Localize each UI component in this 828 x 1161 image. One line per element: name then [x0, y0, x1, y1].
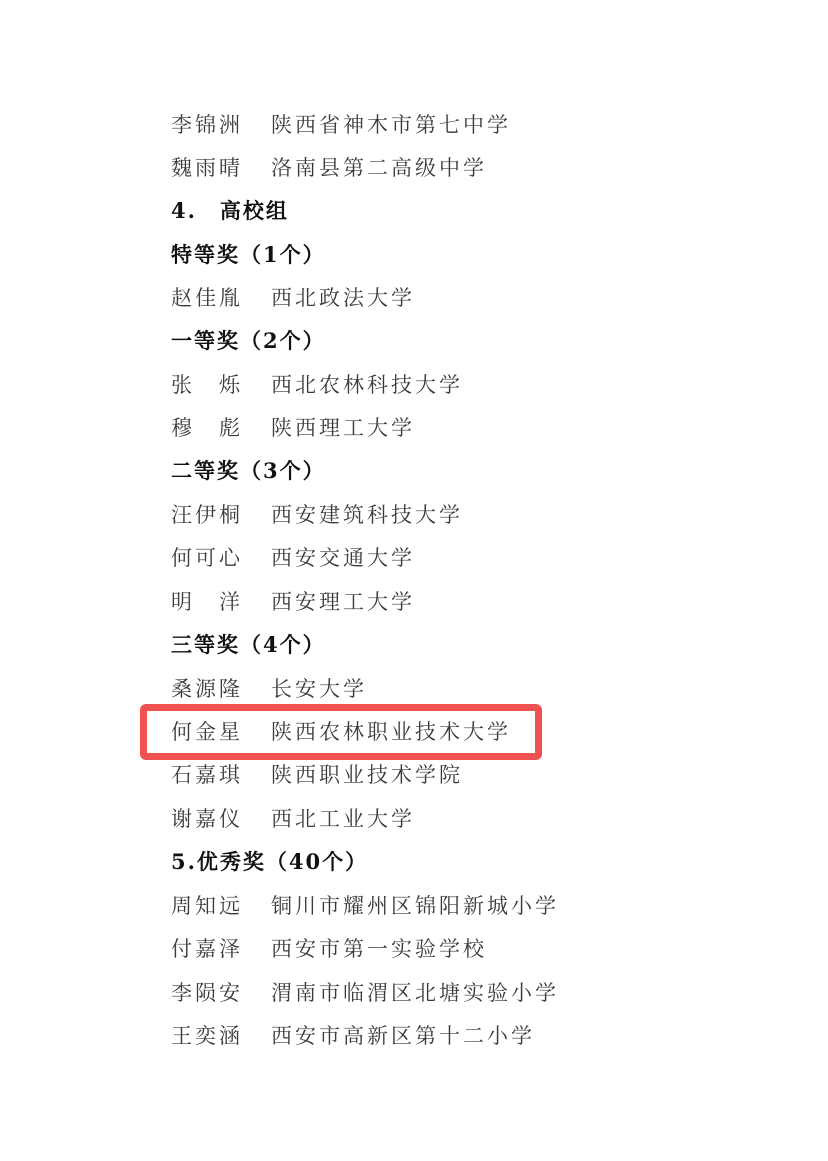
winner-name: 赵佳胤 [171, 283, 271, 313]
award-heading-special: 特等奖（1个） [171, 240, 326, 270]
list-item: 赵佳胤西北政法大学 [171, 283, 415, 313]
list-item: 周知远铜川市耀州区锦阳新城小学 [171, 891, 559, 921]
list-item: 王奕涵西安市高新区第十二小学 [171, 1021, 535, 1051]
school-name: 西北工业大学 [271, 807, 415, 831]
winner-name: 穆 彪 [171, 413, 271, 443]
school-name: 西安市第一实验学校 [271, 937, 487, 961]
list-item: 穆 彪陕西理工大学 [171, 413, 415, 443]
school-name: 渭南市临渭区北塘实验小学 [271, 981, 559, 1005]
school-name: 长安大学 [271, 677, 367, 701]
award-heading-excellence: 5.优秀奖（40个） [171, 847, 368, 877]
list-item: 石嘉琪陕西职业技术学院 [171, 760, 463, 790]
list-item: 魏雨晴洛南县第二高级中学 [171, 153, 487, 183]
school-name: 西北农林科技大学 [271, 373, 463, 397]
school-name: 西安交通大学 [271, 546, 415, 570]
school-name: 西安理工大学 [271, 590, 415, 614]
list-item: 明 洋西安理工大学 [171, 587, 415, 617]
list-item: 谢嘉仪西北工业大学 [171, 804, 415, 834]
school-name: 洛南县第二高级中学 [271, 156, 487, 180]
list-item: 李锦洲陕西省神木市第七中学 [171, 110, 511, 140]
list-item: 汪伊桐西安建筑科技大学 [171, 500, 463, 530]
school-name: 西安市高新区第十二小学 [271, 1024, 535, 1048]
winner-name: 汪伊桐 [171, 500, 271, 530]
winner-name: 石嘉琪 [171, 760, 271, 790]
school-name: 西北政法大学 [271, 286, 415, 310]
document-page: 李锦洲陕西省神木市第七中学 魏雨晴洛南县第二高级中学 4. 高校组 特等奖（1个… [0, 0, 828, 1161]
winner-name: 付嘉泽 [171, 934, 271, 964]
winner-name: 桑源隆 [171, 674, 271, 704]
list-item-highlighted: 何金星陕西农林职业技术大学 [171, 717, 511, 747]
award-heading-third: 三等奖（4个） [171, 630, 326, 660]
school-name: 陕西理工大学 [271, 416, 415, 440]
award-heading-second: 二等奖（3个） [171, 456, 326, 486]
list-item: 何可心西安交通大学 [171, 543, 415, 573]
winner-name: 明 洋 [171, 587, 271, 617]
winner-name: 何可心 [171, 543, 271, 573]
school-name: 西安建筑科技大学 [271, 503, 463, 527]
winner-name: 魏雨晴 [171, 153, 271, 183]
winner-name: 李陨安 [171, 978, 271, 1008]
section-heading-university-group: 4. 高校组 [171, 196, 289, 226]
list-item: 张 烁西北农林科技大学 [171, 370, 463, 400]
school-name: 陕西农林职业技术大学 [271, 720, 511, 744]
list-item: 李陨安渭南市临渭区北塘实验小学 [171, 978, 559, 1008]
list-item: 付嘉泽西安市第一实验学校 [171, 934, 487, 964]
school-name: 铜川市耀州区锦阳新城小学 [271, 894, 559, 918]
winner-name: 周知远 [171, 891, 271, 921]
winner-name: 李锦洲 [171, 110, 271, 140]
winner-name: 张 烁 [171, 370, 271, 400]
winner-name: 王奕涵 [171, 1021, 271, 1051]
school-name: 陕西职业技术学院 [271, 763, 463, 787]
winner-name: 何金星 [171, 717, 271, 747]
school-name: 陕西省神木市第七中学 [271, 113, 511, 137]
winner-name: 谢嘉仪 [171, 804, 271, 834]
award-heading-first: 一等奖（2个） [171, 326, 326, 356]
list-item: 桑源隆长安大学 [171, 674, 367, 704]
